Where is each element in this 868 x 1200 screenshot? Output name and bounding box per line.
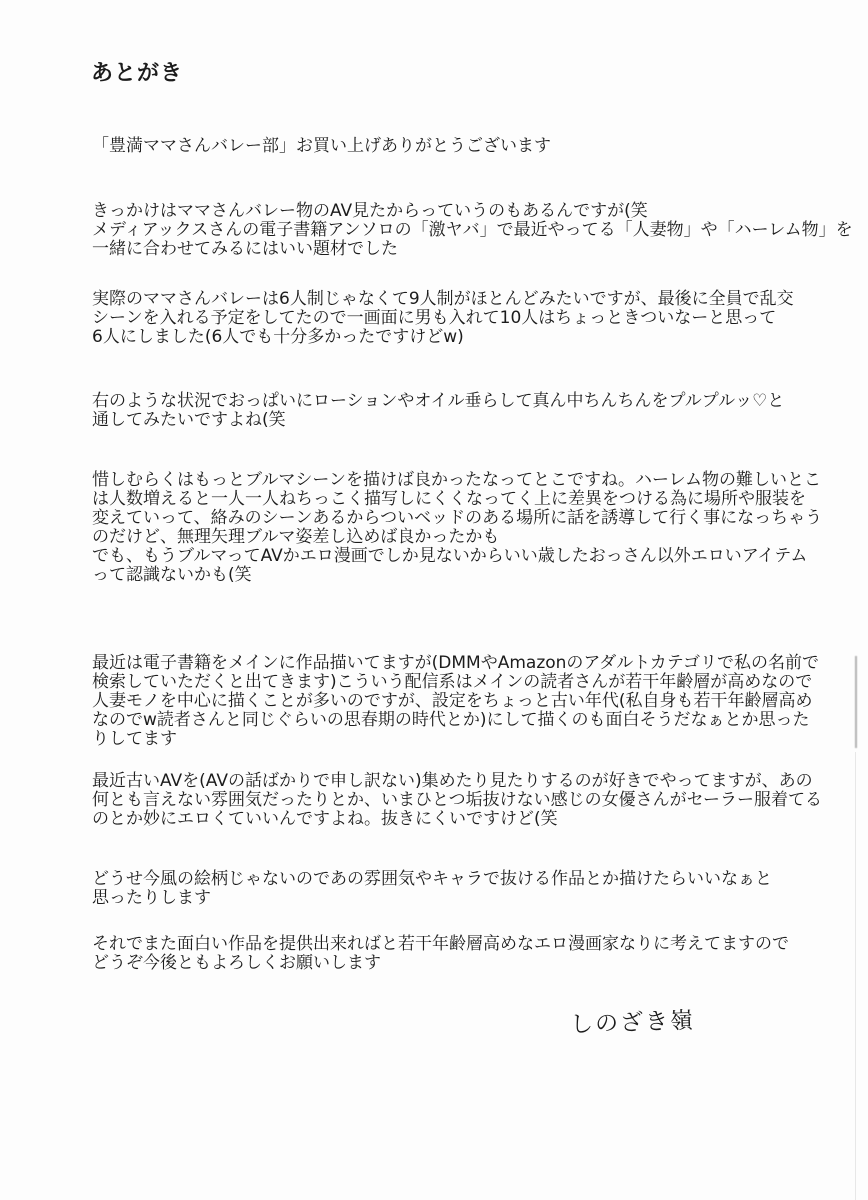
text-line: 通してみたいですよね(笑	[92, 411, 848, 430]
paragraph-team-size: 実際のママさんバレーは6人制じゃなくて9人制がほとんどみたいですが、最後に全員で…	[92, 290, 848, 347]
text-line: でも、もうブルマってAVかエロ漫画でしか見ないからいい歳したおっさん以外エロいア…	[92, 547, 848, 566]
paragraph-thanks: 「豊満ママさんバレー部」お買い上げありがとうございます	[92, 137, 848, 156]
text-line: 6人にしました(6人でも十分多かったですけどw)	[92, 328, 848, 347]
page-title: あとがき	[91, 56, 183, 87]
text-line: 惜しむらくはもっとブルマシーンを描けば良かったなってとこですね。ハーレム物の難し…	[92, 471, 848, 490]
text-line: 一緒に合わせてみるにはいい題材でした	[92, 240, 848, 259]
text-line: 「豊満ママさんバレー部」お買い上げありがとうございます	[92, 137, 848, 156]
text-line: 何とも言えない雰囲気だったりとか、いまひとつ垢抜けない感じの女優さんがセーラー服…	[92, 791, 848, 810]
paragraph-closing: それでまた面白い作品を提供出来ればと若干年齢層高めなエロ漫画家なりに考えてますの…	[92, 935, 848, 973]
text-line: きっかけはママさんバレー物のAV見たからっていうのもあるんですが(笑	[92, 202, 848, 221]
text-line: 人妻モノを中心に描くことが多いのですが、設定をちょっと古い年代(私自身も若干年齢…	[92, 692, 848, 711]
text-line: のだけど、無理矢理ブルマ姿差し込めば良かったかも	[92, 528, 848, 547]
text-line: 最近は電子書籍をメインに作品描いてますが(DMMやAmazonのアダルトカテゴリ…	[92, 654, 848, 673]
paragraph-bloomers-regret: 惜しむらくはもっとブルマシーンを描けば良かったなってとこですね。ハーレム物の難し…	[92, 471, 848, 585]
author-signature: しのざき嶺	[569, 1002, 695, 1039]
afterword-page: あとがき 「豊満ママさんバレー部」お買い上げありがとうございます きっかけはママ…	[0, 0, 868, 1200]
paragraph-art-style: どうせ今風の絵柄じゃないのであの雰囲気やキャラで抜ける作品とか描けたらいいなぁと…	[92, 870, 848, 908]
scan-edge-artifact-light	[855, 752, 856, 1200]
text-line: 実際のママさんバレーは6人制じゃなくて9人制がほとんどみたいですが、最後に全員で…	[92, 290, 848, 309]
text-line: 思ったりします	[92, 889, 848, 908]
text-line: りしてます	[92, 730, 848, 749]
text-line: 最近古いAVを(AVの話ばかりで申し訳ない)集めたり見たりするのが好きでやってま…	[92, 772, 848, 791]
paragraph-lotion: 右のような状況でおっぱいにローションやオイル垂らして真ん中ちんちんをプルプルッ♡…	[92, 392, 848, 430]
scan-edge-artifact-dark	[855, 656, 857, 748]
text-line: メディアックスさんの電子書籍アンソロの「激ヤバ」で最近やってる「人妻物」や「ハー…	[92, 221, 848, 240]
paragraph-digital-publishing: 最近は電子書籍をメインに作品描いてますが(DMMやAmazonのアダルトカテゴリ…	[92, 654, 848, 749]
text-line: 検索していただくと出てきます)こういう配信系はメインの読者さんが若干年齢層が高め…	[92, 673, 848, 692]
text-line: は人数増えると一人一人ねちっこく描写しにくくなってく上に差異をつける為に場所や服…	[92, 490, 848, 509]
text-line: って認識ないかも(笑	[92, 566, 848, 585]
text-line: それでまた面白い作品を提供出来ればと若干年齢層高めなエロ漫画家なりに考えてますの…	[92, 935, 848, 954]
text-line: のとか妙にエロくていいんですよね。抜きにくいですけど(笑	[92, 810, 848, 829]
text-line: どうせ今風の絵柄じゃないのであの雰囲気やキャラで抜ける作品とか描けたらいいなぁと	[92, 870, 848, 889]
text-line: 変えていって、絡みのシーンあるからついベッドのある場所に話を誘導して行く事になっ…	[92, 509, 848, 528]
text-line: どうぞ今後ともよろしくお願いします	[92, 954, 848, 973]
text-line: シーンを入れる予定をしてたので一画面に男も入れて10人はちょっときついなーと思っ…	[92, 309, 848, 328]
text-line: なのでw読者さんと同じぐらいの思春期の時代とか)にして描くのも面白そうだなぁとか…	[92, 711, 848, 730]
paragraph-inspiration: きっかけはママさんバレー物のAV見たからっていうのもあるんですが(笑 メディアッ…	[92, 202, 848, 259]
text-line: 右のような状況でおっぱいにローションやオイル垂らして真ん中ちんちんをプルプルッ♡…	[92, 392, 848, 411]
paragraph-old-av: 最近古いAVを(AVの話ばかりで申し訳ない)集めたり見たりするのが好きでやってま…	[92, 772, 848, 829]
